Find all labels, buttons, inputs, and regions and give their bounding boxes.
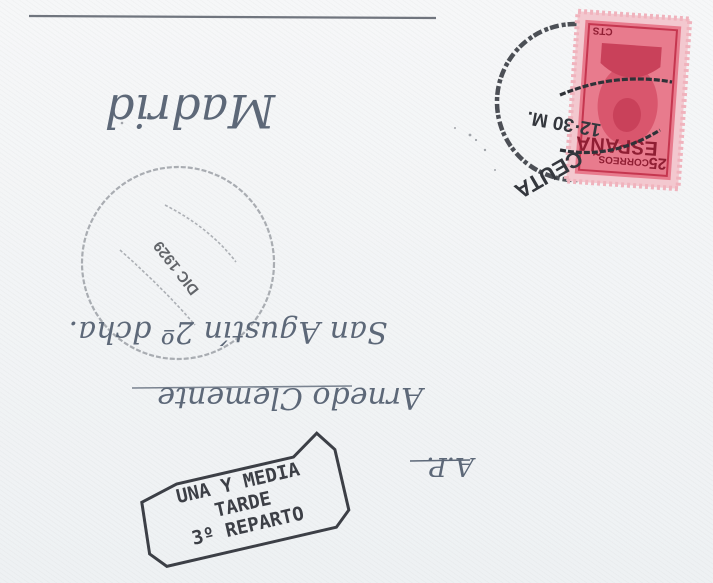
svg-text:CEUTA: CEUTA: [510, 145, 587, 204]
svg-text:DIC 1929: DIC 1929: [150, 238, 202, 298]
rule-line: [29, 16, 436, 18]
svg-text:A.P.: A.P.: [426, 451, 476, 481]
envelope-scan: Madrid DIC 1929 San Agustín 2º dcha. Arn…: [0, 0, 713, 583]
svg-text:San Agustín 2º dcha.: San Agustín 2º dcha.: [69, 314, 388, 349]
svg-text:Madrid: Madrid: [105, 84, 276, 138]
envelope-drawing: Madrid DIC 1929 San Agustín 2º dcha. Arn…: [0, 0, 713, 583]
svg-text:Arnedo Clemente: Arnedo Clemente: [157, 380, 426, 415]
svg-text:CTS: CTS: [592, 24, 613, 36]
annotation-initials: A.P.: [426, 451, 476, 481]
address-recipient: Arnedo Clemente: [157, 380, 426, 415]
address-street: San Agustín 2º dcha.: [69, 314, 388, 349]
reparto-cachet: UNA Y MEDIA TARDE 3º REPARTO: [132, 430, 352, 569]
svg-text:25: 25: [648, 154, 667, 172]
address-city: Madrid: [105, 84, 276, 138]
